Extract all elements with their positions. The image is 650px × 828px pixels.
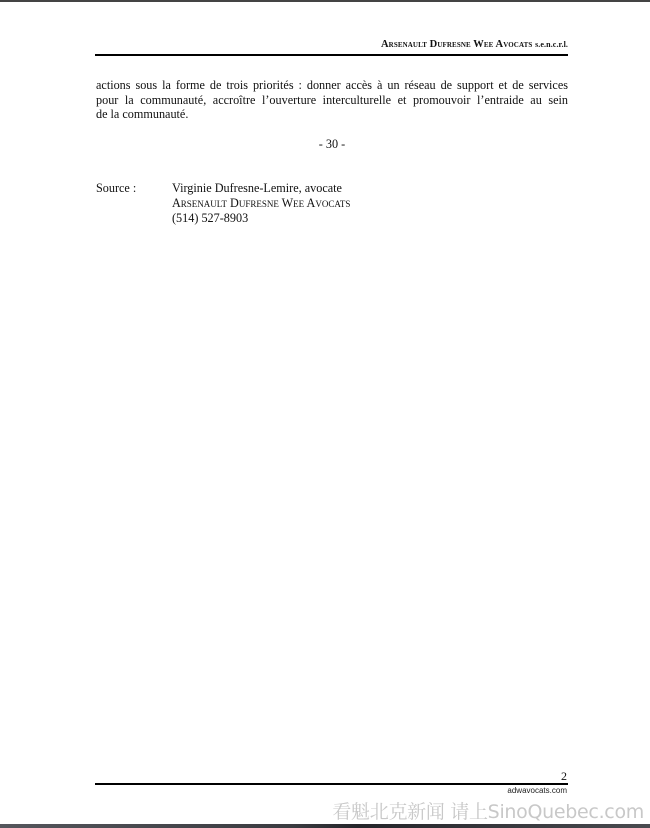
window-top-border (0, 0, 650, 2)
source-name: Virginie Dufresne-Lemire, avocate (172, 181, 350, 196)
source-phone: (514) 527-8903 (172, 211, 350, 226)
body-paragraph: actions sous la forme de trois priorités… (96, 78, 568, 122)
page-header: Arsenault Dufresne Wee Avocats s.e.n.c.r… (381, 39, 568, 50)
end-marker: - 30 - (96, 137, 568, 152)
watermark: 看魁北克新闻 请上SinoQuebec.com (332, 797, 644, 824)
page-number: 2 (561, 769, 567, 784)
footer-url: adwavocats.com (507, 786, 567, 795)
paragraph-line: pour la communauté, accroître l’ouvertur… (96, 93, 568, 108)
header-rule (95, 54, 568, 56)
source-label: Source : (96, 181, 136, 196)
source-block: Virginie Dufresne-Lemire, avocate Arsena… (172, 181, 350, 226)
paragraph-line: actions sous la forme de trois priorités… (96, 78, 568, 93)
taskbar-strip (0, 824, 650, 828)
source-firm: Arsenault Dufresne Wee Avocats (172, 196, 350, 211)
footer-rule (95, 783, 568, 785)
header-firm-name: Arsenault Dufresne Wee Avocats (381, 39, 532, 50)
paragraph-line: de la communauté. (96, 107, 568, 122)
header-firm-suffix: s.e.n.c.r.l. (535, 40, 568, 49)
